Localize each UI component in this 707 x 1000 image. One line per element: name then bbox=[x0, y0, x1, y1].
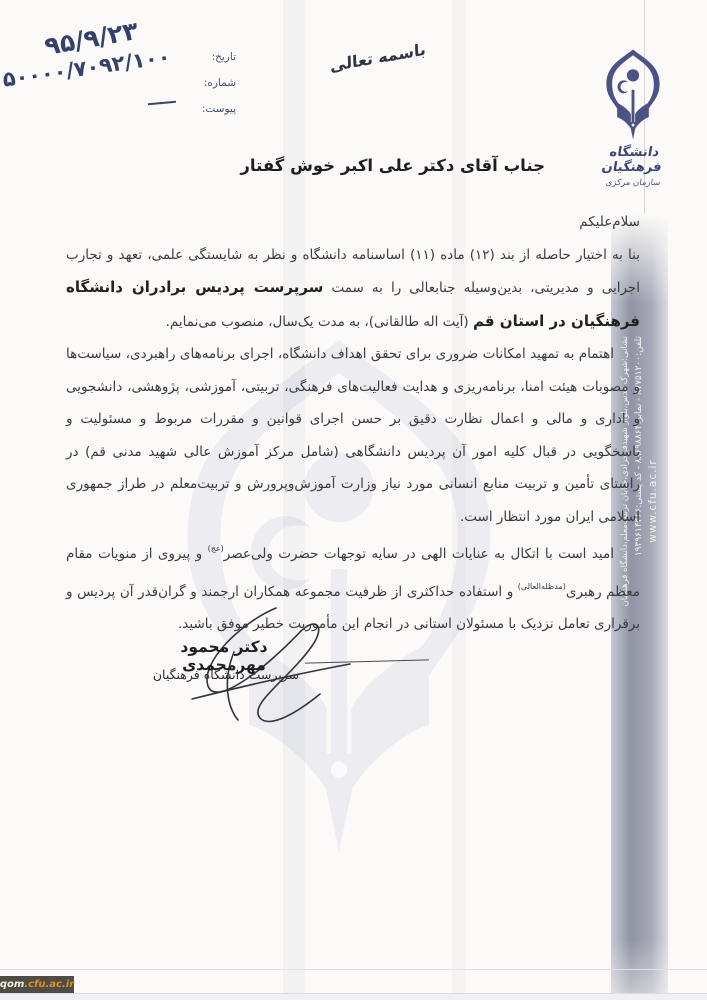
recipient-heading: جناب آقای دکتر علی اکبر خوش گفتار bbox=[240, 156, 545, 175]
attachment-label: پیوست: bbox=[186, 96, 236, 122]
university-emblem-icon bbox=[597, 48, 669, 143]
university-name-calligraphy: دانشگاه فرهنگیان bbox=[580, 145, 685, 175]
number-label: شماره: bbox=[186, 70, 236, 96]
badge-qom-text: qom bbox=[0, 979, 24, 990]
website-text: www.cfu.ac.ir bbox=[646, 336, 661, 666]
letter-body: سلام‌علیکم بنا به اختیار حاصله از بند (۱… bbox=[66, 206, 640, 641]
signature-line bbox=[305, 659, 429, 663]
paragraph-appointment: بنا به اختیار حاصله از بند (۱۲) ماده (۱۱… bbox=[66, 239, 640, 339]
site-badge: qom.cfu.ac.ir bbox=[0, 976, 74, 993]
scan-bottom-edge bbox=[0, 993, 707, 1000]
footer-divider bbox=[0, 969, 707, 970]
paragraph-wishes: امید است با اتکال به عنایات الهی در سایه… bbox=[66, 533, 640, 641]
central-organization-label: سازمان مرکزی bbox=[582, 178, 683, 188]
date-label: تاریخ: bbox=[186, 44, 236, 70]
honorific-aj: (عج) bbox=[208, 544, 224, 553]
attachment-dash bbox=[148, 101, 176, 105]
scanned-letter-page: نشانی:شهرک قدس،بلوار شهیدفرحزادی،خیابان … bbox=[0, 0, 707, 1000]
salutation: سلام‌علیکم bbox=[66, 206, 640, 239]
basmala-calligraphy: باسمه تعالی bbox=[319, 37, 438, 77]
university-logo: دانشگاه فرهنگیان سازمان مرکزی bbox=[583, 48, 683, 188]
badge-domain-text: .cfu.ac.ir bbox=[24, 979, 74, 990]
letter-meta-labels: تاریخ: شماره: پیوست: bbox=[186, 44, 236, 122]
honorific-modzeleh: (مدظله‌العالی) bbox=[518, 582, 566, 591]
signer-title: سرپرست دانشگاه فرهنگیان bbox=[146, 667, 306, 682]
paragraph-duties: اهتمام به تمهید امکانات ضروری برای تحقق … bbox=[66, 338, 640, 533]
